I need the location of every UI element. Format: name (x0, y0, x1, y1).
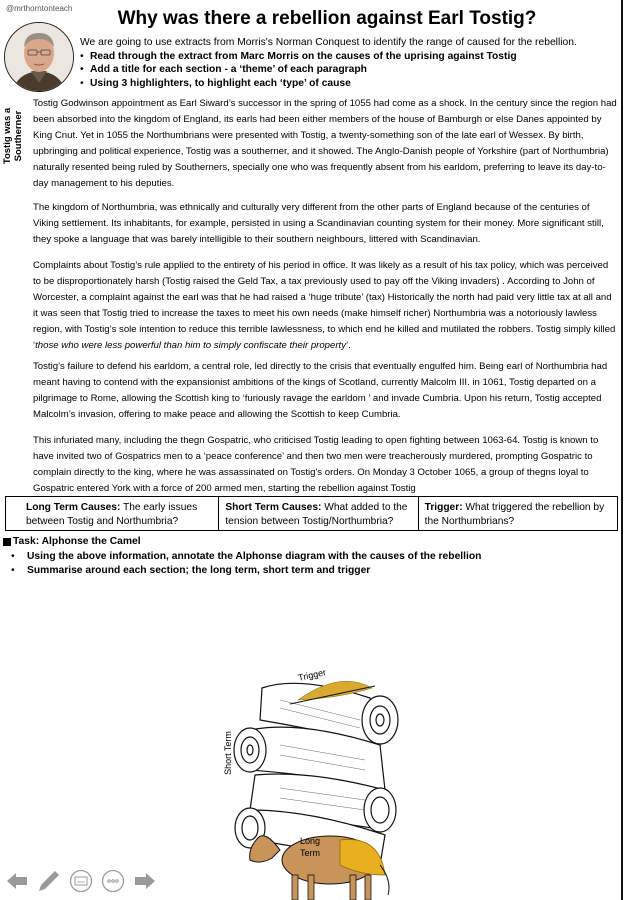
paragraph-gospatric: This infuriated many, including the theg… (33, 433, 618, 497)
long-term-diagram-label-2: Term (300, 848, 320, 858)
pen-button[interactable] (36, 868, 62, 894)
quote-text: those who were less powerful than him to… (35, 340, 346, 351)
square-bullet-icon (3, 538, 11, 546)
section-theme-label: Tostig was a Southerner (2, 106, 30, 166)
paragraph-scotland: Tostig’s failure to defend his earldom, … (33, 359, 618, 423)
trigger-cell: Trigger: What triggered the rebellion by… (419, 497, 617, 530)
paragraph-tax-end: ’. (346, 340, 351, 351)
task-section: Task: Alphonse the Camel Using the above… (3, 536, 481, 578)
task-item: Summarise around each section; the long … (3, 564, 481, 578)
short-term-diagram-label: Short Term (223, 731, 233, 775)
captions-icon (69, 869, 93, 893)
instruction-item: Add a title for each section - a ‘theme’… (80, 63, 620, 77)
avatar (4, 22, 74, 92)
long-term-diagram-label-1: Long (300, 836, 320, 846)
portrait-image (5, 23, 73, 91)
instruction-list: Read through the extract from Marc Morri… (80, 50, 620, 91)
short-term-label: Short Term Causes: (225, 502, 321, 513)
instruction-item: Read through the extract from Marc Morri… (80, 50, 620, 64)
task-list: Using the above information, annotate th… (3, 550, 481, 578)
paragraph-culture: The kingdom of Northumbria, was ethnical… (33, 200, 618, 248)
more-icon (101, 869, 125, 893)
pen-icon (36, 868, 62, 894)
camel-with-scrolls-icon (220, 660, 430, 900)
paragraph-tax-text: Complaints about Tostig’s rule applied t… (33, 260, 615, 351)
task-item: Using the above information, annotate th… (3, 550, 481, 564)
short-term-cell: Short Term Causes: What added to the ten… (219, 497, 418, 530)
instruction-item: Using 3 highlighters, to highlight each … (80, 77, 620, 91)
arrow-right-icon (133, 871, 157, 891)
captions-button[interactable] (68, 868, 94, 894)
causes-table: Long Term Causes: The early issues betwe… (5, 496, 618, 531)
previous-button[interactable] (4, 868, 30, 894)
next-button[interactable] (132, 868, 158, 894)
intro-lead: We are going to use extracts from Morris… (80, 36, 620, 50)
slide-nav-toolbar (4, 868, 158, 894)
arrow-left-icon (5, 871, 29, 891)
alphonse-camel-diagram: Trigger Short Term Long Term (220, 660, 430, 900)
trigger-label: Trigger: (425, 502, 463, 513)
paragraph-southerner: Tostig Godwinson appointment as Earl Siw… (33, 96, 618, 191)
task-heading: Task: Alphonse the Camel (3, 536, 481, 547)
more-options-button[interactable] (100, 868, 126, 894)
paragraph-tax: Complaints about Tostig’s rule applied t… (33, 258, 618, 353)
long-term-cell: Long Term Causes: The early issues betwe… (6, 497, 219, 530)
intro-instructions: We are going to use extracts from Morris… (80, 36, 620, 90)
long-term-label: Long Term Causes: (26, 502, 120, 513)
page-border (621, 0, 623, 900)
task-title: Task: Alphonse the Camel (13, 536, 141, 547)
page-title: Why was there a rebellion against Earl T… (0, 8, 624, 30)
